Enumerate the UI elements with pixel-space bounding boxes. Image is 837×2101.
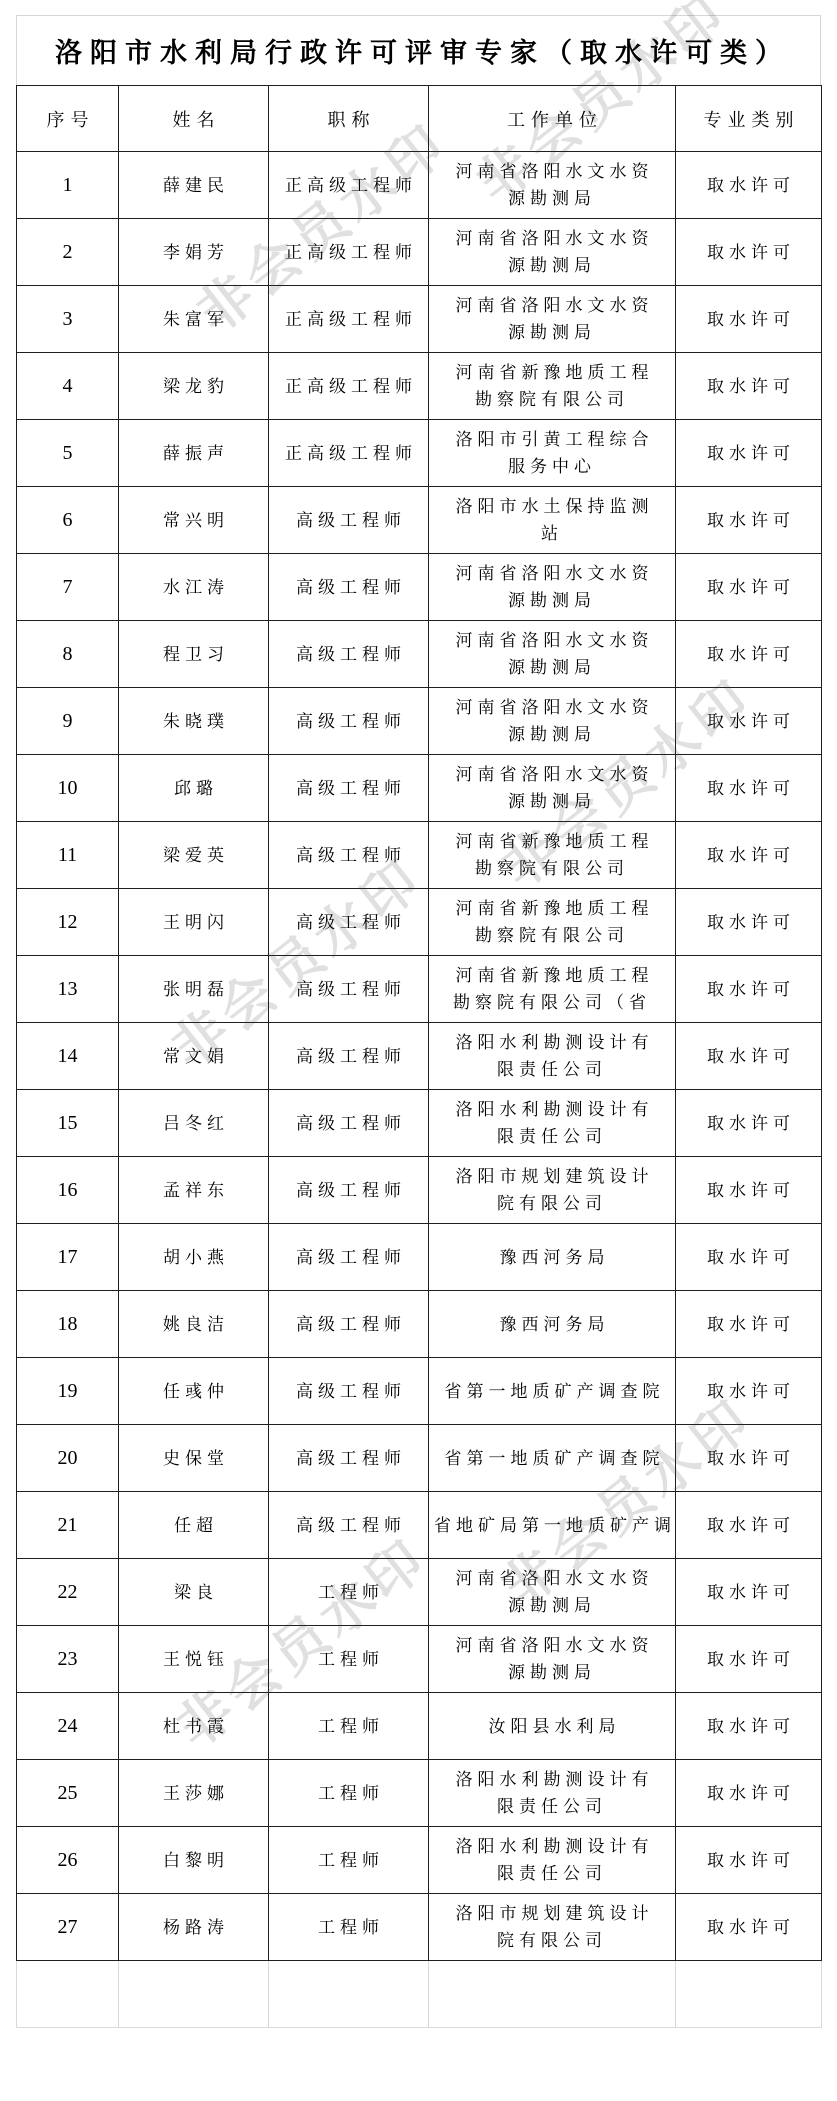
category-cell: 取水许可 bbox=[676, 353, 822, 420]
job-title-cell: 高级工程师 bbox=[269, 822, 429, 889]
job-title-cell: 高级工程师 bbox=[269, 688, 429, 755]
work-unit-cell: 河南省新豫地质工程 勘察院有限公司 bbox=[429, 822, 676, 889]
table-row: 10邱璐高级工程师河南省洛阳水文水资 源勘测局取水许可 bbox=[17, 755, 822, 822]
category-cell: 取水许可 bbox=[676, 487, 822, 554]
row-number-cell: 19 bbox=[17, 1358, 119, 1425]
name-cell: 史保堂 bbox=[119, 1425, 269, 1492]
work-unit-cell: 河南省新豫地质工程 勘察院有限公司 bbox=[429, 889, 676, 956]
table-row: 22梁良工程师河南省洛阳水文水资 源勘测局取水许可 bbox=[17, 1559, 822, 1626]
job-title-cell: 高级工程师 bbox=[269, 554, 429, 621]
category-cell: 取水许可 bbox=[676, 420, 822, 487]
row-number-cell: 21 bbox=[17, 1492, 119, 1559]
table-body: 1薛建民正高级工程师河南省洛阳水文水资 源勘测局取水许可2李娟芳正高级工程师河南… bbox=[17, 152, 822, 1961]
row-number-cell: 4 bbox=[17, 353, 119, 420]
category-cell: 取水许可 bbox=[676, 1157, 822, 1224]
work-unit-cell: 河南省新豫地质工程 勘察院有限公司 bbox=[429, 353, 676, 420]
category-cell: 取水许可 bbox=[676, 755, 822, 822]
table-row: 2李娟芳正高级工程师河南省洛阳水文水资 源勘测局取水许可 bbox=[17, 219, 822, 286]
category-cell: 取水许可 bbox=[676, 1291, 822, 1358]
category-cell: 取水许可 bbox=[676, 1760, 822, 1827]
work-unit-cell: 汝阳县水利局 bbox=[429, 1693, 676, 1760]
name-cell: 梁良 bbox=[119, 1559, 269, 1626]
name-cell: 王悦钰 bbox=[119, 1626, 269, 1693]
job-title-cell: 高级工程师 bbox=[269, 956, 429, 1023]
row-number-cell: 2 bbox=[17, 219, 119, 286]
name-cell: 常文娟 bbox=[119, 1023, 269, 1090]
job-title-cell: 高级工程师 bbox=[269, 1492, 429, 1559]
work-unit-cell: 河南省洛阳水文水资 源勘测局 bbox=[429, 1626, 676, 1693]
work-unit-cell: 河南省洛阳水文水资 源勘测局 bbox=[429, 1559, 676, 1626]
work-unit-cell: 省第一地质矿产调查院 bbox=[429, 1425, 676, 1492]
work-unit-cell: 河南省洛阳水文水资 源勘测局 bbox=[429, 688, 676, 755]
work-unit-cell: 洛阳水利勘测设计有 限责任公司 bbox=[429, 1827, 676, 1894]
empty-cell bbox=[17, 1961, 119, 2028]
job-title-cell: 高级工程师 bbox=[269, 1358, 429, 1425]
job-title-cell: 高级工程师 bbox=[269, 1224, 429, 1291]
table-row: 11梁爱英高级工程师河南省新豫地质工程 勘察院有限公司取水许可 bbox=[17, 822, 822, 889]
job-title-cell: 高级工程师 bbox=[269, 1023, 429, 1090]
col-header-name: 姓名 bbox=[119, 86, 269, 152]
name-cell: 梁龙豹 bbox=[119, 353, 269, 420]
name-cell: 张明磊 bbox=[119, 956, 269, 1023]
row-number-cell: 25 bbox=[17, 1760, 119, 1827]
name-cell: 杜书霞 bbox=[119, 1693, 269, 1760]
category-cell: 取水许可 bbox=[676, 1894, 822, 1961]
table-row: 1薛建民正高级工程师河南省洛阳水文水资 源勘测局取水许可 bbox=[17, 152, 822, 219]
empty-cell bbox=[269, 1961, 429, 2028]
work-unit-cell: 省第一地质矿产调查院 bbox=[429, 1358, 676, 1425]
work-unit-cell: 洛阳市引黄工程综合 服务中心 bbox=[429, 420, 676, 487]
category-cell: 取水许可 bbox=[676, 1023, 822, 1090]
category-cell: 取水许可 bbox=[676, 1224, 822, 1291]
job-title-cell: 工程师 bbox=[269, 1559, 429, 1626]
row-number-cell: 20 bbox=[17, 1425, 119, 1492]
category-cell: 取水许可 bbox=[676, 554, 822, 621]
name-cell: 王明闪 bbox=[119, 889, 269, 956]
work-unit-cell: 河南省洛阳水文水资 源勘测局 bbox=[429, 755, 676, 822]
name-cell: 胡小燕 bbox=[119, 1224, 269, 1291]
experts-table: 序号 姓名 职称 工作单位 专业类别 1薛建民正高级工程师河南省洛阳水文水资 源… bbox=[16, 85, 822, 2028]
table-row: 26白黎明工程师洛阳水利勘测设计有 限责任公司取水许可 bbox=[17, 1827, 822, 1894]
job-title-cell: 高级工程师 bbox=[269, 1157, 429, 1224]
work-unit-cell: 河南省洛阳水文水资 源勘测局 bbox=[429, 152, 676, 219]
row-number-cell: 1 bbox=[17, 152, 119, 219]
empty-cell bbox=[676, 1961, 822, 2028]
category-cell: 取水许可 bbox=[676, 1492, 822, 1559]
name-cell: 水江涛 bbox=[119, 554, 269, 621]
col-header-category: 专业类别 bbox=[676, 86, 822, 152]
row-number-cell: 15 bbox=[17, 1090, 119, 1157]
name-cell: 邱璐 bbox=[119, 755, 269, 822]
job-title-cell: 工程师 bbox=[269, 1693, 429, 1760]
job-title-cell: 工程师 bbox=[269, 1760, 429, 1827]
work-unit-cell: 豫西河务局 bbox=[429, 1224, 676, 1291]
name-cell: 程卫习 bbox=[119, 621, 269, 688]
work-unit-cell: 洛阳水利勘测设计有 限责任公司 bbox=[429, 1090, 676, 1157]
table-row: 3朱富军正高级工程师河南省洛阳水文水资 源勘测局取水许可 bbox=[17, 286, 822, 353]
row-number-cell: 8 bbox=[17, 621, 119, 688]
row-number-cell: 3 bbox=[17, 286, 119, 353]
job-title-cell: 工程师 bbox=[269, 1827, 429, 1894]
job-title-cell: 正高级工程师 bbox=[269, 286, 429, 353]
work-unit-cell: 河南省洛阳水文水资 源勘测局 bbox=[429, 621, 676, 688]
category-cell: 取水许可 bbox=[676, 1693, 822, 1760]
work-unit-cell: 省地矿局第一地质矿产调 bbox=[429, 1492, 676, 1559]
name-cell: 李娟芳 bbox=[119, 219, 269, 286]
document-page: { "title": "洛阳市水利局行政许可评审专家（取水许可类）", "hea… bbox=[0, 0, 837, 2101]
col-header-number: 序号 bbox=[17, 86, 119, 152]
table-row: 13张明磊高级工程师河南省新豫地质工程 勘察院有限公司（省取水许可 bbox=[17, 956, 822, 1023]
col-header-workunit: 工作单位 bbox=[429, 86, 676, 152]
name-cell: 杨路涛 bbox=[119, 1894, 269, 1961]
work-unit-cell: 河南省洛阳水文水资 源勘测局 bbox=[429, 286, 676, 353]
expert-table-sheet: 洛阳市水利局行政许可评审专家（取水许可类） 序号 姓名 职称 工作单位 专业类别… bbox=[16, 15, 821, 2028]
category-cell: 取水许可 bbox=[676, 1090, 822, 1157]
job-title-cell: 工程师 bbox=[269, 1626, 429, 1693]
row-number-cell: 17 bbox=[17, 1224, 119, 1291]
table-row: 5薛振声正高级工程师洛阳市引黄工程综合 服务中心取水许可 bbox=[17, 420, 822, 487]
name-cell: 白黎明 bbox=[119, 1827, 269, 1894]
job-title-cell: 高级工程师 bbox=[269, 889, 429, 956]
category-cell: 取水许可 bbox=[676, 688, 822, 755]
empty-cell bbox=[429, 1961, 676, 2028]
empty-cell bbox=[119, 1961, 269, 2028]
name-cell: 薛建民 bbox=[119, 152, 269, 219]
category-cell: 取水许可 bbox=[676, 1559, 822, 1626]
work-unit-cell: 河南省新豫地质工程 勘察院有限公司（省 bbox=[429, 956, 676, 1023]
category-cell: 取水许可 bbox=[676, 621, 822, 688]
work-unit-cell: 洛阳水利勘测设计有 限责任公司 bbox=[429, 1023, 676, 1090]
category-cell: 取水许可 bbox=[676, 956, 822, 1023]
row-number-cell: 13 bbox=[17, 956, 119, 1023]
table-row: 9朱晓璞高级工程师河南省洛阳水文水资 源勘测局取水许可 bbox=[17, 688, 822, 755]
job-title-cell: 正高级工程师 bbox=[269, 420, 429, 487]
table-row: 23王悦钰工程师河南省洛阳水文水资 源勘测局取水许可 bbox=[17, 1626, 822, 1693]
category-cell: 取水许可 bbox=[676, 219, 822, 286]
name-cell: 常兴明 bbox=[119, 487, 269, 554]
row-number-cell: 18 bbox=[17, 1291, 119, 1358]
table-row: 24杜书霞工程师汝阳县水利局取水许可 bbox=[17, 1693, 822, 1760]
table-row: 14常文娟高级工程师洛阳水利勘测设计有 限责任公司取水许可 bbox=[17, 1023, 822, 1090]
category-cell: 取水许可 bbox=[676, 286, 822, 353]
table-row: 18姚良洁高级工程师豫西河务局取水许可 bbox=[17, 1291, 822, 1358]
job-title-cell: 高级工程师 bbox=[269, 621, 429, 688]
work-unit-cell: 河南省洛阳水文水资 源勘测局 bbox=[429, 219, 676, 286]
job-title-cell: 正高级工程师 bbox=[269, 219, 429, 286]
col-header-title: 职称 bbox=[269, 86, 429, 152]
row-number-cell: 5 bbox=[17, 420, 119, 487]
row-number-cell: 27 bbox=[17, 1894, 119, 1961]
row-number-cell: 26 bbox=[17, 1827, 119, 1894]
job-title-cell: 高级工程师 bbox=[269, 755, 429, 822]
row-number-cell: 16 bbox=[17, 1157, 119, 1224]
category-cell: 取水许可 bbox=[676, 1827, 822, 1894]
category-cell: 取水许可 bbox=[676, 822, 822, 889]
table-row: 25王莎娜工程师洛阳水利勘测设计有 限责任公司取水许可 bbox=[17, 1760, 822, 1827]
row-number-cell: 23 bbox=[17, 1626, 119, 1693]
table-row: 4梁龙豹正高级工程师河南省新豫地质工程 勘察院有限公司取水许可 bbox=[17, 353, 822, 420]
name-cell: 任超 bbox=[119, 1492, 269, 1559]
category-cell: 取水许可 bbox=[676, 152, 822, 219]
row-number-cell: 22 bbox=[17, 1559, 119, 1626]
name-cell: 吕冬红 bbox=[119, 1090, 269, 1157]
table-row: 19任彧仲高级工程师省第一地质矿产调查院取水许可 bbox=[17, 1358, 822, 1425]
table-row: 15吕冬红高级工程师洛阳水利勘测设计有 限责任公司取水许可 bbox=[17, 1090, 822, 1157]
name-cell: 薛振声 bbox=[119, 420, 269, 487]
row-number-cell: 7 bbox=[17, 554, 119, 621]
table-row: 21任超高级工程师省地矿局第一地质矿产调取水许可 bbox=[17, 1492, 822, 1559]
name-cell: 朱晓璞 bbox=[119, 688, 269, 755]
row-number-cell: 10 bbox=[17, 755, 119, 822]
work-unit-cell: 洛阳市规划建筑设计 院有限公司 bbox=[429, 1894, 676, 1961]
category-cell: 取水许可 bbox=[676, 1425, 822, 1492]
job-title-cell: 高级工程师 bbox=[269, 1090, 429, 1157]
page-title: 洛阳市水利局行政许可评审专家（取水许可类） bbox=[16, 15, 821, 85]
category-cell: 取水许可 bbox=[676, 1358, 822, 1425]
row-number-cell: 14 bbox=[17, 1023, 119, 1090]
table-row: 16孟祥东高级工程师洛阳市规划建筑设计 院有限公司取水许可 bbox=[17, 1157, 822, 1224]
job-title-cell: 正高级工程师 bbox=[269, 152, 429, 219]
row-number-cell: 24 bbox=[17, 1693, 119, 1760]
work-unit-cell: 洛阳水利勘测设计有 限责任公司 bbox=[429, 1760, 676, 1827]
work-unit-cell: 洛阳市水土保持监测 站 bbox=[429, 487, 676, 554]
table-row: 17胡小燕高级工程师豫西河务局取水许可 bbox=[17, 1224, 822, 1291]
job-title-cell: 高级工程师 bbox=[269, 1425, 429, 1492]
category-cell: 取水许可 bbox=[676, 1626, 822, 1693]
table-row: 7水江涛高级工程师河南省洛阳水文水资 源勘测局取水许可 bbox=[17, 554, 822, 621]
table-row: 8程卫习高级工程师河南省洛阳水文水资 源勘测局取水许可 bbox=[17, 621, 822, 688]
row-number-cell: 9 bbox=[17, 688, 119, 755]
row-number-cell: 12 bbox=[17, 889, 119, 956]
table-row: 12王明闪高级工程师河南省新豫地质工程 勘察院有限公司取水许可 bbox=[17, 889, 822, 956]
row-number-cell: 6 bbox=[17, 487, 119, 554]
table-row: 6常兴明高级工程师洛阳市水土保持监测 站取水许可 bbox=[17, 487, 822, 554]
job-title-cell: 正高级工程师 bbox=[269, 353, 429, 420]
table-header-row: 序号 姓名 职称 工作单位 专业类别 bbox=[17, 86, 822, 152]
work-unit-cell: 豫西河务局 bbox=[429, 1291, 676, 1358]
work-unit-cell: 河南省洛阳水文水资 源勘测局 bbox=[429, 554, 676, 621]
row-number-cell: 11 bbox=[17, 822, 119, 889]
category-cell: 取水许可 bbox=[676, 889, 822, 956]
table-row: 20史保堂高级工程师省第一地质矿产调查院取水许可 bbox=[17, 1425, 822, 1492]
job-title-cell: 工程师 bbox=[269, 1894, 429, 1961]
name-cell: 梁爱英 bbox=[119, 822, 269, 889]
empty-grid-row bbox=[17, 1961, 822, 2028]
name-cell: 王莎娜 bbox=[119, 1760, 269, 1827]
name-cell: 朱富军 bbox=[119, 286, 269, 353]
work-unit-cell: 洛阳市规划建筑设计 院有限公司 bbox=[429, 1157, 676, 1224]
name-cell: 孟祥东 bbox=[119, 1157, 269, 1224]
name-cell: 姚良洁 bbox=[119, 1291, 269, 1358]
name-cell: 任彧仲 bbox=[119, 1358, 269, 1425]
job-title-cell: 高级工程师 bbox=[269, 487, 429, 554]
table-row: 27杨路涛工程师洛阳市规划建筑设计 院有限公司取水许可 bbox=[17, 1894, 822, 1961]
job-title-cell: 高级工程师 bbox=[269, 1291, 429, 1358]
